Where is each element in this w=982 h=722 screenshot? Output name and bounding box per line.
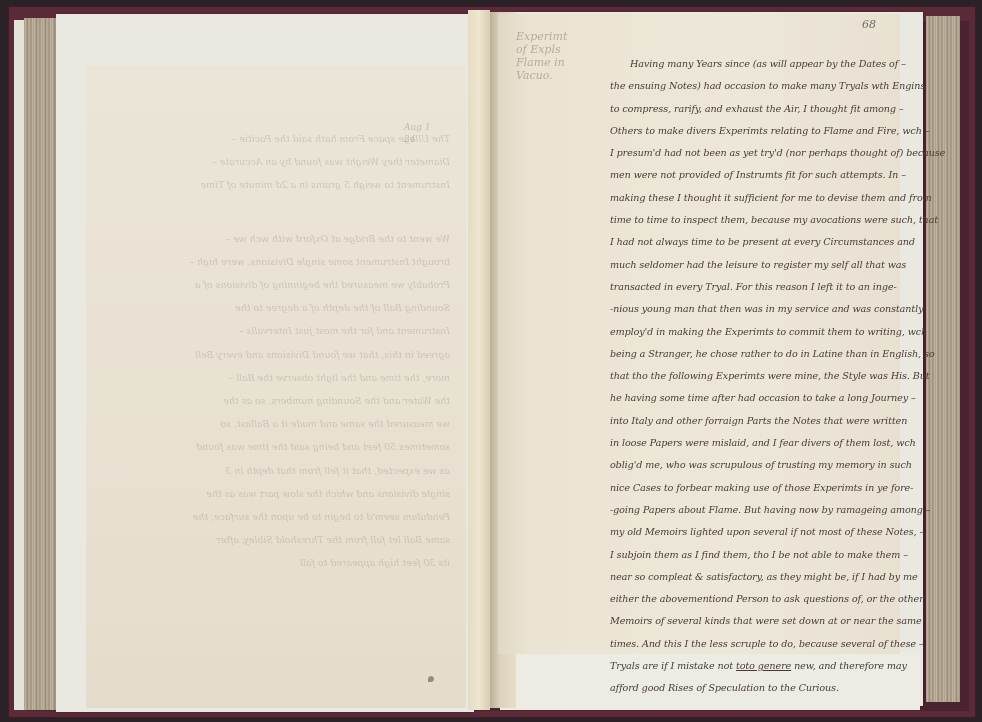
text-line: in loose Papers were mislaid, and I fear… xyxy=(610,433,900,455)
bleed-line: We went to the Bridge at Oxford with wch… xyxy=(110,228,450,251)
text-line-last: afford good Rises of Speculation to the … xyxy=(610,678,900,700)
text-line: -nious young man that then was in my ser… xyxy=(610,299,900,321)
text-line: into Italy and other forraign Parts the … xyxy=(610,411,900,433)
text-line: either the abovementiond Person to ask q… xyxy=(610,589,900,611)
text-line: transacted in every Tryal. For this reas… xyxy=(610,277,900,299)
text-line: near so compleat & satisfactory, as they… xyxy=(610,567,900,589)
text-line: Others to make divers Experimts relating… xyxy=(610,121,900,143)
bleed-margin-line: 24 xyxy=(404,134,431,146)
margin-note-line: of Expls xyxy=(516,43,596,56)
underlined-phrase: toto genere xyxy=(736,661,791,672)
text-line: I presum'd had not been as yet try'd (no… xyxy=(610,143,900,165)
bleed-margin-line: Aug 1 xyxy=(404,122,431,134)
bleed-line: the Water and the Sounding numbers, so a… xyxy=(110,390,450,413)
bleed-line: The Ullage space From hath said the Paci… xyxy=(110,128,450,151)
text-line: time to time to inspect them, because my… xyxy=(610,210,900,232)
margin-note-line: Flame in xyxy=(516,56,596,69)
bleed-line: more, the time and the light observe the… xyxy=(110,367,450,390)
text-line: employ'd in making the Experimts to comm… xyxy=(610,322,900,344)
margin-note-line: Vacuo. xyxy=(516,69,596,82)
text-line: times. And this I the less scruple to do… xyxy=(610,634,900,656)
text-line: my old Memoirs lighted upon several if n… xyxy=(610,522,900,544)
bleed-margin-note: Aug 1 24 xyxy=(404,122,431,146)
text-line: men were not provided of Instrumts fit f… xyxy=(610,165,900,187)
bleed-through-text: The Ullage space From hath said the Paci… xyxy=(110,128,450,576)
line-part: Tryals are if I mistake not xyxy=(610,661,736,672)
gutter-left xyxy=(468,10,490,710)
bleed-line: sometimes 50 feet and being said the tim… xyxy=(110,436,450,459)
manuscript-text: Having many Years since (as will appear … xyxy=(610,54,900,701)
text-line: oblig'd me, who was scrupulous of trusti… xyxy=(610,455,900,477)
ink-stain xyxy=(428,676,434,682)
left-manuscript-page: The Ullage space From hath said the Paci… xyxy=(86,66,466,708)
line-part: new, and therefore may xyxy=(791,661,907,672)
margin-note: Experimt of Expls Flame in Vacuo. xyxy=(516,30,596,82)
bleed-line: single divisions and which the slow part… xyxy=(110,483,450,506)
left-page-edges xyxy=(24,18,58,710)
text-line: much seldomer had the leisure to registe… xyxy=(610,255,900,277)
bleed-line: agreed in this, that we found Divisions … xyxy=(110,344,450,367)
folio-number: 68 xyxy=(862,18,876,31)
bleed-gap xyxy=(110,198,450,228)
bleed-line: Instrument to weigh 5 grains in a 2d min… xyxy=(110,174,450,197)
text-line: I had not always time to be present at e… xyxy=(610,232,900,254)
text-line-underlined: Tryals are if I mistake not toto genere … xyxy=(610,656,900,678)
text-line: that tho the following Experimts were mi… xyxy=(610,366,900,388)
bleed-line: Pendulum seem'd to begin to be upon the … xyxy=(110,506,450,529)
text-line: being a Stranger, he chose rather to do … xyxy=(610,344,900,366)
text-line: to compress, rarify, and exhaust the Air… xyxy=(610,99,900,121)
bleed-line: Instrument and for the most just Interva… xyxy=(110,320,450,343)
text-line: Memoirs of several kinds that were set d… xyxy=(610,611,900,633)
bleed-line: we measured the same and made it a Balla… xyxy=(110,413,450,436)
bleed-line: Probably we measured the beginning of di… xyxy=(110,274,450,297)
text-line: the ensuing Notes) had occasion to make … xyxy=(610,76,900,98)
text-line: Having many Years since (as will appear … xyxy=(610,54,900,76)
text-line: -going Papers about Flame. But having no… xyxy=(610,500,900,522)
text-line: nice Cases to forbear making use of thos… xyxy=(610,478,900,500)
text-line: making these I thought it sufficient for… xyxy=(610,188,900,210)
text-line: I subjoin them as I find them, tho I be … xyxy=(610,545,900,567)
bleed-line: its 30 feet high appeared to fall xyxy=(110,552,450,575)
bleed-line: brought Instrument some single Divisions… xyxy=(110,251,450,274)
bleed-line: as we expected, that it fell from that d… xyxy=(110,460,450,483)
right-manuscript-page: 68 Experimt of Expls Flame in Vacuo. Hav… xyxy=(498,14,900,654)
margin-note-line: Experimt xyxy=(516,30,596,43)
bleed-line: same Ball let fall from the Threshold Si… xyxy=(110,529,450,552)
bleed-line: Diameter they Weight was found by an Acc… xyxy=(110,151,450,174)
text-line: he having some time after had occasion t… xyxy=(610,388,900,410)
bleed-line: Sounding Ball of the depth of a degree t… xyxy=(110,297,450,320)
